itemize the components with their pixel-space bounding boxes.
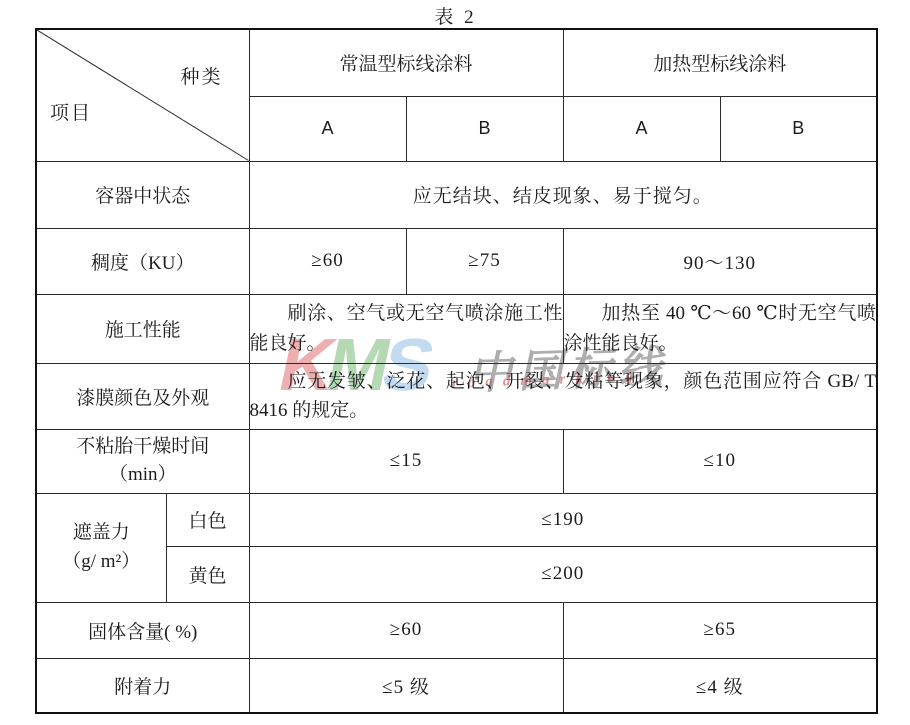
value-application-normal: 刷涂、空气或无空气喷涂施工性能良好。 [249,294,563,363]
row-label-container-state: 容器中状态 [36,161,249,228]
row-label-hiding-power: 遮盖力 （g/ m²） [36,493,166,602]
hiding-power-label: 遮盖力 [73,522,130,543]
diagonal-line [37,30,249,161]
row-application: 施工性能 刷涂、空气或无空气喷涂施工性能良好。 加热至 40 ℃～60 ℃时无空… [36,294,877,363]
column-group-heated: 加热型标线涂料 [563,29,877,96]
dry-time-label: 不粘胎干燥时间 [76,436,209,457]
row-solid-content: 固体含量( %) ≥60 ≥65 [36,602,877,658]
value-hiding-power-white: ≤190 [249,493,877,546]
value-dry-time-heated: ≤10 [563,429,877,493]
subcolumn-heated-a: A [563,96,720,161]
value-dry-time-normal: ≤15 [249,429,563,493]
hiding-power-yellow-label: 黄色 [166,546,249,602]
value-viscosity-normal-a: ≥60 [249,228,406,294]
film-appearance-text: 应无发皱、泛花、起泡、开裂、发粘等现象，颜色范围应符合 GB/ T 8416 的… [250,367,877,426]
application-heated-text: 加热至 40 ℃～60 ℃时无空气喷涂性能良好。 [564,299,877,358]
header-row-groups: 种类 项目 常温型标线涂料 加热型标线涂料 [36,29,877,96]
value-hiding-power-yellow: ≤200 [249,546,877,602]
row-container-state: 容器中状态 应无结块、结皮现象、易于搅匀。 [36,161,877,228]
value-viscosity-normal-b: ≥75 [406,228,563,294]
row-label-solid-content: 固体含量( %) [36,602,249,658]
value-solid-content-normal: ≥60 [249,602,563,658]
hiding-power-unit: （g/ m²） [62,551,140,572]
subcolumn-heated-b: B [720,96,877,161]
subcolumn-normal-b: B [406,96,563,161]
application-normal-text: 刷涂、空气或无空气喷涂施工性能良好。 [250,299,563,358]
row-adhesion: 附着力 ≤5 级 ≤4 级 [36,658,877,713]
value-adhesion-heated: ≤4 级 [563,658,877,713]
value-container-state: 应无结块、结皮现象、易于搅匀。 [249,161,877,228]
corner-item-label: 项目 [50,98,92,125]
row-film-appearance: 漆膜颜色及外观 应无发皱、泛花、起泡、开裂、发粘等现象，颜色范围应符合 GB/ … [36,363,877,429]
value-solid-content-heated: ≥65 [563,602,877,658]
value-viscosity-heated: 90～130 [563,228,877,294]
subcolumn-normal-a: A [249,96,406,161]
value-application-heated: 加热至 40 ℃～60 ℃时无空气喷涂性能良好。 [563,294,877,363]
spec-table: 种类 项目 常温型标线涂料 加热型标线涂料 A B A B 容器中状态 应无结块… [35,28,878,714]
row-label-film-appearance: 漆膜颜色及外观 [36,363,249,429]
row-label-application: 施工性能 [36,294,249,363]
dry-time-unit: （min） [109,464,177,485]
table-title: 表 2 [35,2,876,29]
corner-header-cell: 种类 项目 [36,29,249,161]
row-viscosity: 稠度（KU） ≥60 ≥75 90～130 [36,228,877,294]
row-dry-time: 不粘胎干燥时间 （min） ≤15 ≤10 [36,429,877,493]
hiding-power-white-label: 白色 [166,493,249,546]
row-label-adhesion: 附着力 [36,658,249,713]
column-group-normal: 常温型标线涂料 [249,29,563,96]
row-label-viscosity: 稠度（KU） [36,228,249,294]
value-film-appearance: 应无发皱、泛花、起泡、开裂、发粘等现象，颜色范围应符合 GB/ T 8416 的… [249,363,877,429]
row-hiding-power-white: 遮盖力 （g/ m²） 白色 ≤190 [36,493,877,546]
row-label-dry-time: 不粘胎干燥时间 （min） [36,429,249,493]
corner-kind-label: 种类 [180,62,222,89]
value-adhesion-normal: ≤5 级 [249,658,563,713]
corner-box: 种类 项目 [37,30,249,161]
